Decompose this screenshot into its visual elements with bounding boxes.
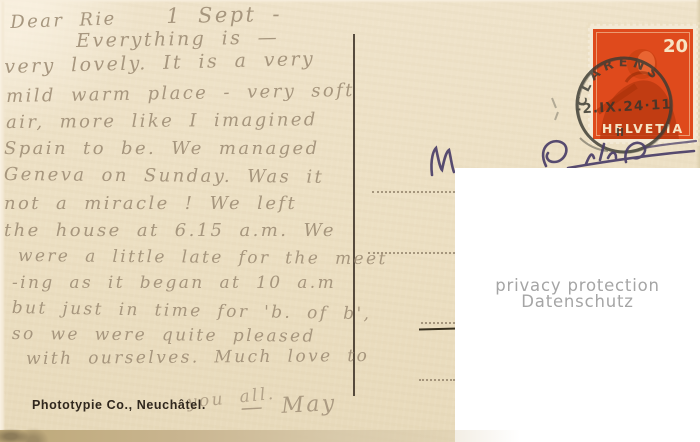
message-line: Geneva on Sunday. Was it bbox=[4, 164, 324, 188]
privacy-overlay-text: privacy protection Datenschutz bbox=[455, 278, 700, 309]
stamp-denomination: 20 bbox=[663, 36, 688, 57]
postage-stamp: 20 HELVETIA bbox=[588, 24, 698, 144]
message-opening-line: Everything is — bbox=[76, 26, 279, 52]
message-line: air, more like I imagined bbox=[6, 109, 318, 133]
privacy-line-2: Datenschutz bbox=[455, 294, 700, 310]
address-dotted-line bbox=[421, 322, 455, 324]
message-line: the house at 6.15 a.m. We bbox=[4, 220, 336, 241]
message-date: 1 Sept - bbox=[166, 2, 282, 28]
postcard-scan: Dear Rie 1 Sept - Everything is — very l… bbox=[0, 0, 700, 442]
scan-bottom-edge bbox=[0, 430, 520, 442]
message-line: mild warm place - very soft bbox=[6, 80, 355, 107]
message-line: were a little late for the meet bbox=[18, 246, 388, 269]
scan-left-edge bbox=[0, 0, 5, 442]
scan-corner-smudge bbox=[0, 414, 60, 442]
address-dotted-line bbox=[419, 379, 455, 381]
message-line: with ourselves. Much love to bbox=[26, 346, 369, 369]
publisher-imprint: Phototypie Co., Neuchâtel. bbox=[32, 398, 206, 412]
address-ink-underline bbox=[419, 327, 458, 330]
scan-top-edge bbox=[0, 0, 700, 3]
message-line: -ing as it began at 10 a.m bbox=[12, 273, 336, 293]
message-signature: — May bbox=[240, 391, 337, 421]
message-line: so we were quite pleased bbox=[12, 324, 316, 347]
address-dotted-line bbox=[372, 191, 455, 193]
privacy-overlay: privacy protection Datenschutz bbox=[455, 168, 700, 442]
message-line: very lovely. It is a very bbox=[4, 48, 315, 78]
message-line: Spain to be. We managed bbox=[4, 138, 320, 159]
message-line: not a miracle ! We left bbox=[4, 193, 297, 214]
message-line: but just in time for 'b. of b', bbox=[12, 298, 372, 324]
